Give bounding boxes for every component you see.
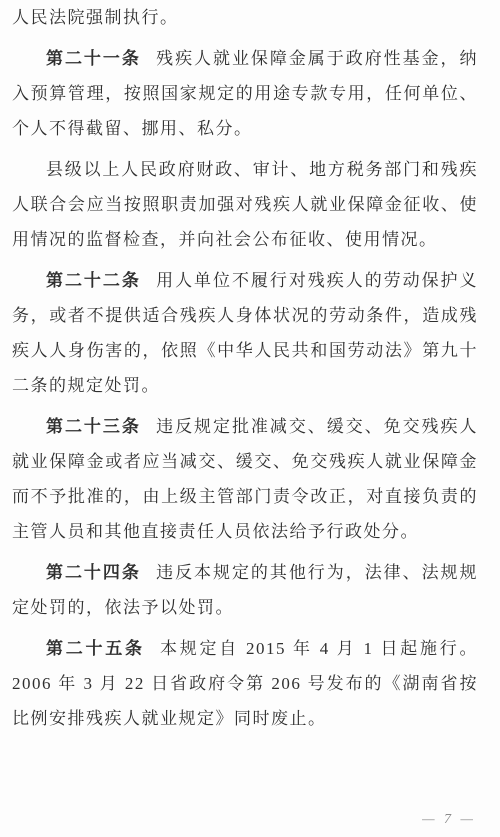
paragraph-article-24: 第二十四条违反本规定的其他行为，法律、法规规定处罚的，依法予以处罚。	[12, 555, 478, 625]
paragraph-article-23: 第二十三条违反规定批准减交、缓交、免交残疾人就业保障金或者应当减交、缓交、免交残…	[12, 409, 478, 549]
article-number: 第二十一条	[46, 49, 141, 68]
paragraph-continuation: 人民法院强制执行。	[12, 0, 478, 35]
article-number: 第二十二条	[46, 271, 141, 290]
document-page: 人民法院强制执行。 第二十一条残疾人就业保障金属于政府性基金，纳入预算管理，按照…	[0, 0, 500, 837]
paragraph-supervision: 县级以上人民政府财政、审计、地方税务部门和残疾人联合会应当按照职责加强对残疾人就…	[12, 152, 478, 257]
article-number: 第二十四条	[46, 563, 141, 582]
paragraph-text: 县级以上人民政府财政、审计、地方税务部门和残疾人联合会应当按照职责加强对残疾人就…	[12, 160, 478, 249]
paragraph-text: 人民法院强制执行。	[12, 8, 179, 27]
article-number: 第二十五条	[46, 639, 145, 658]
paragraph-article-25: 第二十五条本规定自 2015 年 4 月 1 日起施行。2006 年 3 月 2…	[12, 631, 478, 736]
paragraph-article-21: 第二十一条残疾人就业保障金属于政府性基金，纳入预算管理，按照国家规定的用途专款专…	[12, 41, 478, 146]
page-number: — 7 —	[422, 812, 476, 828]
article-number: 第二十三条	[46, 417, 141, 436]
paragraph-article-22: 第二十二条用人单位不履行对残疾人的劳动保护义务，或者不提供适合残疾人身体状况的劳…	[12, 263, 478, 403]
